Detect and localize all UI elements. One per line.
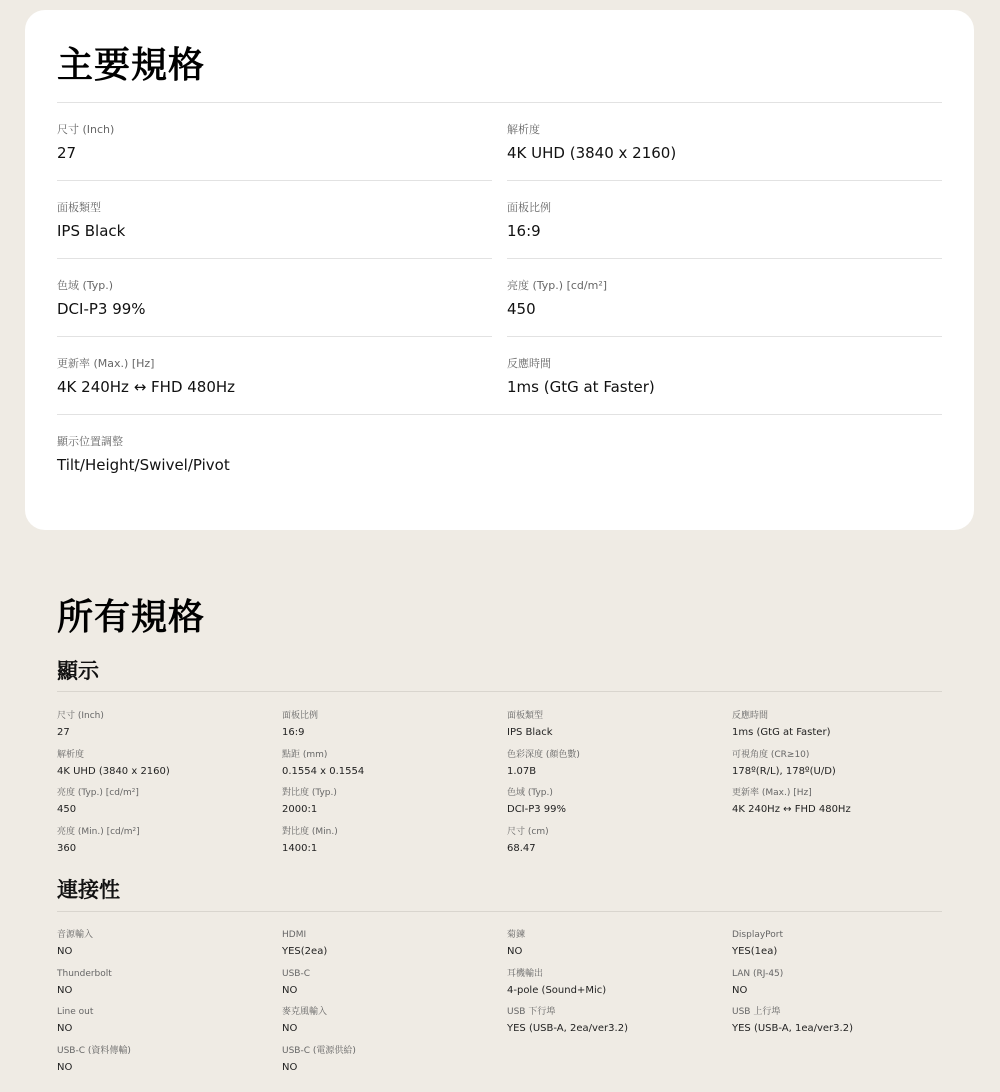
spec-label: 點距 (mm) <box>282 749 507 761</box>
spec-value: NO <box>507 945 732 959</box>
spec-label: 對比度 (Typ.) <box>282 787 507 799</box>
spec-value: DCI-P3 99% <box>57 299 492 319</box>
spec-label: 色域 (Typ.) <box>57 279 492 293</box>
spec-label: 面板類型 <box>57 201 492 215</box>
key-specs-grid: 尺寸 (Inch) 27 解析度 4K UHD (3840 x 2160) 面板… <box>57 103 942 493</box>
spec-label: USB-C (資料傳輸) <box>57 1045 282 1057</box>
spec-label: 顯示位置調整 <box>57 435 492 449</box>
spec-label: 反應時間 <box>507 357 942 371</box>
spec-column: DisplayPort YES(1ea) LAN (RJ-45) NO USB … <box>732 929 957 1083</box>
spec-item: 點距 (mm) 0.1554 x 0.1554 <box>282 749 507 788</box>
spec-label: 反應時間 <box>732 710 957 722</box>
spec-item: Thunderbolt NO <box>57 968 282 1007</box>
spec-item: 尺寸 (cm) 68.47 <box>507 826 732 865</box>
spec-item: 音源輸入 NO <box>57 929 282 968</box>
spec-value: NO <box>282 984 507 998</box>
spec-value: 1ms (GtG at Faster) <box>732 726 957 740</box>
spec-label: 耳機輸出 <box>507 968 732 980</box>
spec-item: 色域 (Typ.) DCI-P3 99% <box>507 787 732 826</box>
spec-label: 亮度 (Min.) [cd/m²] <box>57 826 282 838</box>
spec-item: 更新率 (Max.) [Hz] 4K 240Hz ↔ FHD 480Hz <box>732 787 957 826</box>
spec-item: USB 下行埠 YES (USB-A, 2ea/ver3.2) <box>507 1006 732 1045</box>
spec-value: NO <box>57 984 282 998</box>
spec-label: 解析度 <box>57 749 282 761</box>
key-spec-row: 色域 (Typ.) DCI-P3 99% 亮度 (Typ.) [cd/m²] 4… <box>57 259 942 337</box>
spec-column: 菊鍊 NO 耳機輸出 4-pole (Sound+Mic) USB 下行埠 YE… <box>507 929 732 1083</box>
spec-label: 面板比例 <box>507 201 942 215</box>
spec-value: Tilt/Height/Swivel/Pivot <box>57 455 492 475</box>
group-title-connectivity: 連接性 <box>57 876 120 904</box>
spec-value: 1ms (GtG at Faster) <box>507 377 942 397</box>
spec-value: NO <box>57 1061 282 1075</box>
spec-item: 菊鍊 NO <box>507 929 732 968</box>
group-title-display: 顯示 <box>57 657 99 685</box>
spec-label: 菊鍊 <box>507 929 732 941</box>
spec-column: 面板比例 16:9 點距 (mm) 0.1554 x 0.1554 對比度 (T… <box>282 710 507 864</box>
spec-label: Line out <box>57 1006 282 1018</box>
spec-label: USB 下行埠 <box>507 1006 732 1018</box>
spec-value: 4K 240Hz ↔ FHD 480Hz <box>732 803 957 817</box>
spec-label: 面板比例 <box>282 710 507 722</box>
spec-value: NO <box>282 1022 507 1036</box>
spec-label: 色彩深度 (顏色數) <box>507 749 732 761</box>
spec-column: 反應時間 1ms (GtG at Faster) 可視角度 (CR≥10) 17… <box>732 710 957 864</box>
key-specs-title: 主要規格 <box>57 44 205 88</box>
spec-label: USB-C <box>282 968 507 980</box>
spec-item: 麥克風輸入 NO <box>282 1006 507 1045</box>
spec-value: DCI-P3 99% <box>507 803 732 817</box>
spec-value: 450 <box>507 299 942 319</box>
spec-value: 178º(R/L), 178º(U/D) <box>732 765 957 779</box>
spec-value: 4K UHD (3840 x 2160) <box>57 765 282 779</box>
spec-value: YES (USB-A, 1ea/ver3.2) <box>732 1022 957 1036</box>
spec-item: USB 上行埠 YES (USB-A, 1ea/ver3.2) <box>732 1006 957 1045</box>
spec-item: 可視角度 (CR≥10) 178º(R/L), 178º(U/D) <box>732 749 957 788</box>
connectivity-specs-grid: 音源輸入 NO Thunderbolt NO Line out NO USB-C… <box>57 929 957 1083</box>
spec-value: 2000:1 <box>282 803 507 817</box>
spec-label: DisplayPort <box>732 929 957 941</box>
key-spec-response-time: 反應時間 1ms (GtG at Faster) <box>507 337 942 415</box>
spec-column: 尺寸 (Inch) 27 解析度 4K UHD (3840 x 2160) 亮度… <box>57 710 282 864</box>
spec-label: 亮度 (Typ.) [cd/m²] <box>57 787 282 799</box>
spec-value: 16:9 <box>507 221 942 241</box>
spec-value: YES(2ea) <box>282 945 507 959</box>
spec-label: 更新率 (Max.) [Hz] <box>732 787 957 799</box>
spec-value: NO <box>57 945 282 959</box>
spec-label: 更新率 (Max.) [Hz] <box>57 357 492 371</box>
spec-label: 面板類型 <box>507 710 732 722</box>
key-spec-row: 顯示位置調整 Tilt/Height/Swivel/Pivot <box>57 415 942 493</box>
spec-value: NO <box>282 1061 507 1075</box>
spec-label: 麥克風輸入 <box>282 1006 507 1018</box>
spec-item: USB-C (電源供給) NO <box>282 1045 507 1084</box>
spec-value: YES(1ea) <box>732 945 957 959</box>
spec-item: 解析度 4K UHD (3840 x 2160) <box>57 749 282 788</box>
spec-value: 68.47 <box>507 842 732 856</box>
spec-label: 色域 (Typ.) <box>507 787 732 799</box>
spec-label: USB-C (電源供給) <box>282 1045 507 1057</box>
spec-item: 對比度 (Min.) 1400:1 <box>282 826 507 865</box>
spec-label: 亮度 (Typ.) [cd/m²] <box>507 279 942 293</box>
spec-item: 尺寸 (Inch) 27 <box>57 710 282 749</box>
key-spec-resolution: 解析度 4K UHD (3840 x 2160) <box>507 103 942 181</box>
spec-item: 對比度 (Typ.) 2000:1 <box>282 787 507 826</box>
spec-value: IPS Black <box>57 221 492 241</box>
spec-label: 尺寸 (Inch) <box>57 710 282 722</box>
spec-column: HDMI YES(2ea) USB-C NO 麥克風輸入 NO USB-C (電… <box>282 929 507 1083</box>
spec-value: 450 <box>57 803 282 817</box>
key-spec-row: 更新率 (Max.) [Hz] 4K 240Hz ↔ FHD 480Hz 反應時… <box>57 337 942 415</box>
key-spec-row: 尺寸 (Inch) 27 解析度 4K UHD (3840 x 2160) <box>57 103 942 181</box>
spec-value: IPS Black <box>507 726 732 740</box>
spec-item: HDMI YES(2ea) <box>282 929 507 968</box>
spec-column: 面板類型 IPS Black 色彩深度 (顏色數) 1.07B 色域 (Typ.… <box>507 710 732 864</box>
spec-item: USB-C NO <box>282 968 507 1007</box>
spec-item: Line out NO <box>57 1006 282 1045</box>
key-spec-color-gamut: 色域 (Typ.) DCI-P3 99% <box>57 259 492 337</box>
spec-value: 1400:1 <box>282 842 507 856</box>
spec-value: 360 <box>57 842 282 856</box>
spec-item: 耳機輸出 4-pole (Sound+Mic) <box>507 968 732 1007</box>
key-spec-row: 面板類型 IPS Black 面板比例 16:9 <box>57 181 942 259</box>
spec-item: 亮度 (Min.) [cd/m²] 360 <box>57 826 282 865</box>
key-spec-refresh-rate: 更新率 (Max.) [Hz] 4K 240Hz ↔ FHD 480Hz <box>57 337 492 415</box>
spec-value: 27 <box>57 143 492 163</box>
spec-value: 1.07B <box>507 765 732 779</box>
spec-label: 解析度 <box>507 123 942 137</box>
spec-value: NO <box>57 1022 282 1036</box>
display-specs-grid: 尺寸 (Inch) 27 解析度 4K UHD (3840 x 2160) 亮度… <box>57 710 957 864</box>
spec-value: 4K 240Hz ↔ FHD 480Hz <box>57 377 492 397</box>
all-specs-title: 所有規格 <box>57 596 205 640</box>
spec-item: USB-C (資料傳輸) NO <box>57 1045 282 1084</box>
spec-column: 音源輸入 NO Thunderbolt NO Line out NO USB-C… <box>57 929 282 1083</box>
spec-label: Thunderbolt <box>57 968 282 980</box>
spec-item: 色彩深度 (顏色數) 1.07B <box>507 749 732 788</box>
divider <box>57 691 942 692</box>
spec-item: LAN (RJ-45) NO <box>732 968 957 1007</box>
spec-value: NO <box>732 984 957 998</box>
spec-item: 面板比例 16:9 <box>282 710 507 749</box>
key-spec-size: 尺寸 (Inch) 27 <box>57 103 492 181</box>
spec-label: HDMI <box>282 929 507 941</box>
spec-label: 可視角度 (CR≥10) <box>732 749 957 761</box>
key-specs-card: 主要規格 尺寸 (Inch) 27 解析度 4K UHD (3840 x 216… <box>25 10 974 530</box>
spec-value: 16:9 <box>282 726 507 740</box>
divider <box>57 911 942 912</box>
key-spec-aspect-ratio: 面板比例 16:9 <box>507 181 942 259</box>
spec-label: USB 上行埠 <box>732 1006 957 1018</box>
spec-item: 反應時間 1ms (GtG at Faster) <box>732 710 957 749</box>
spec-item: 亮度 (Typ.) [cd/m²] 450 <box>57 787 282 826</box>
spec-label: 對比度 (Min.) <box>282 826 507 838</box>
spec-value: YES (USB-A, 2ea/ver3.2) <box>507 1022 732 1036</box>
spec-value: 27 <box>57 726 282 740</box>
spec-label: LAN (RJ-45) <box>732 968 957 980</box>
spec-page: 主要規格 尺寸 (Inch) 27 解析度 4K UHD (3840 x 216… <box>0 0 1000 1092</box>
spec-item: 面板類型 IPS Black <box>507 710 732 749</box>
key-spec-brightness: 亮度 (Typ.) [cd/m²] 450 <box>507 259 942 337</box>
key-spec-stand-adjust: 顯示位置調整 Tilt/Height/Swivel/Pivot <box>57 415 492 493</box>
key-spec-panel-type: 面板類型 IPS Black <box>57 181 492 259</box>
spec-label: 音源輸入 <box>57 929 282 941</box>
spec-value: 4-pole (Sound+Mic) <box>507 984 732 998</box>
spec-value: 4K UHD (3840 x 2160) <box>507 143 942 163</box>
spec-item: DisplayPort YES(1ea) <box>732 929 957 968</box>
spec-label: 尺寸 (Inch) <box>57 123 492 137</box>
spec-value: 0.1554 x 0.1554 <box>282 765 507 779</box>
spec-label: 尺寸 (cm) <box>507 826 732 838</box>
